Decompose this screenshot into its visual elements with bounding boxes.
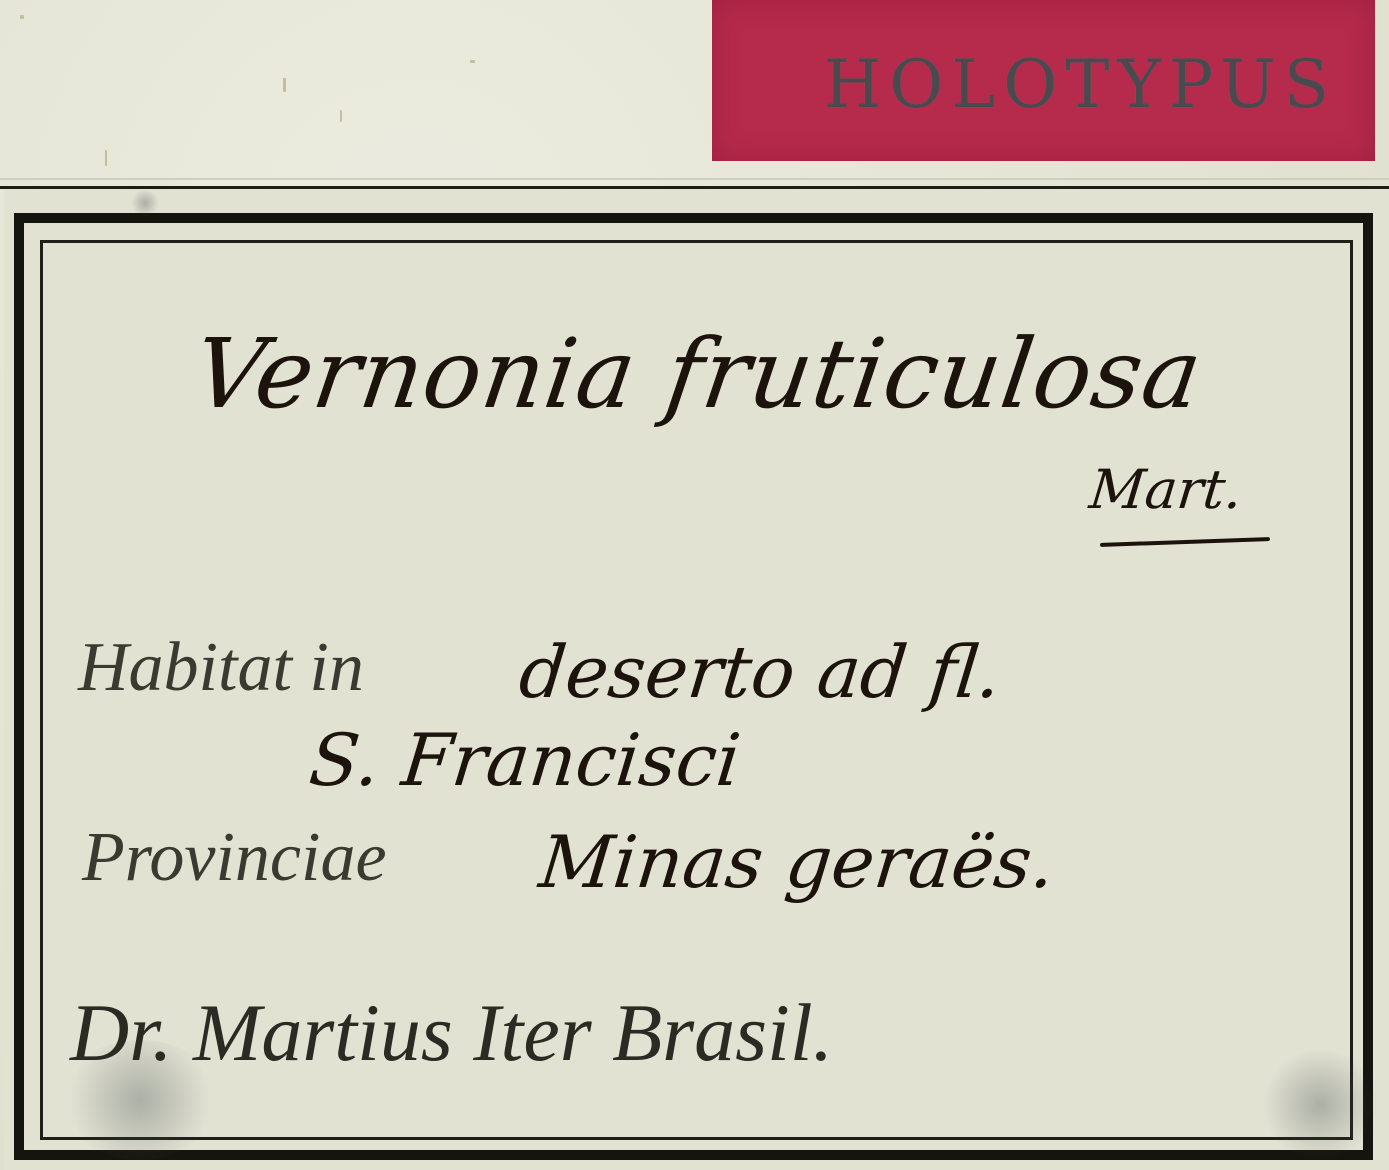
paper-fiber	[340, 110, 342, 122]
habitat-locality-line1: deserto ad fl.	[516, 630, 1005, 714]
paper-stain	[130, 190, 160, 216]
label-top-rule	[0, 186, 1389, 189]
holotype-tag: HOLOTYPUS	[712, 0, 1375, 161]
paper-fiber	[20, 15, 24, 19]
province-prefix: Provinciae	[82, 818, 387, 898]
species-name: Vernonia fruticulosa	[187, 318, 1209, 430]
habitat-locality-line2: S. Francisci	[306, 718, 745, 802]
mount-edge	[0, 178, 1389, 180]
habitat-prefix: Habitat in	[78, 628, 364, 708]
collector-line: Dr. Martius Iter Brasil.	[70, 986, 833, 1080]
species-author: Mart.	[1087, 458, 1246, 521]
paper-fiber	[283, 78, 286, 92]
province-value: Minas geraës.	[536, 820, 1059, 904]
holotype-text: HOLOTYPUS	[824, 46, 1337, 123]
paper-fiber	[470, 60, 475, 63]
paper-fiber	[105, 150, 107, 166]
paper-stain	[1260, 1050, 1380, 1160]
